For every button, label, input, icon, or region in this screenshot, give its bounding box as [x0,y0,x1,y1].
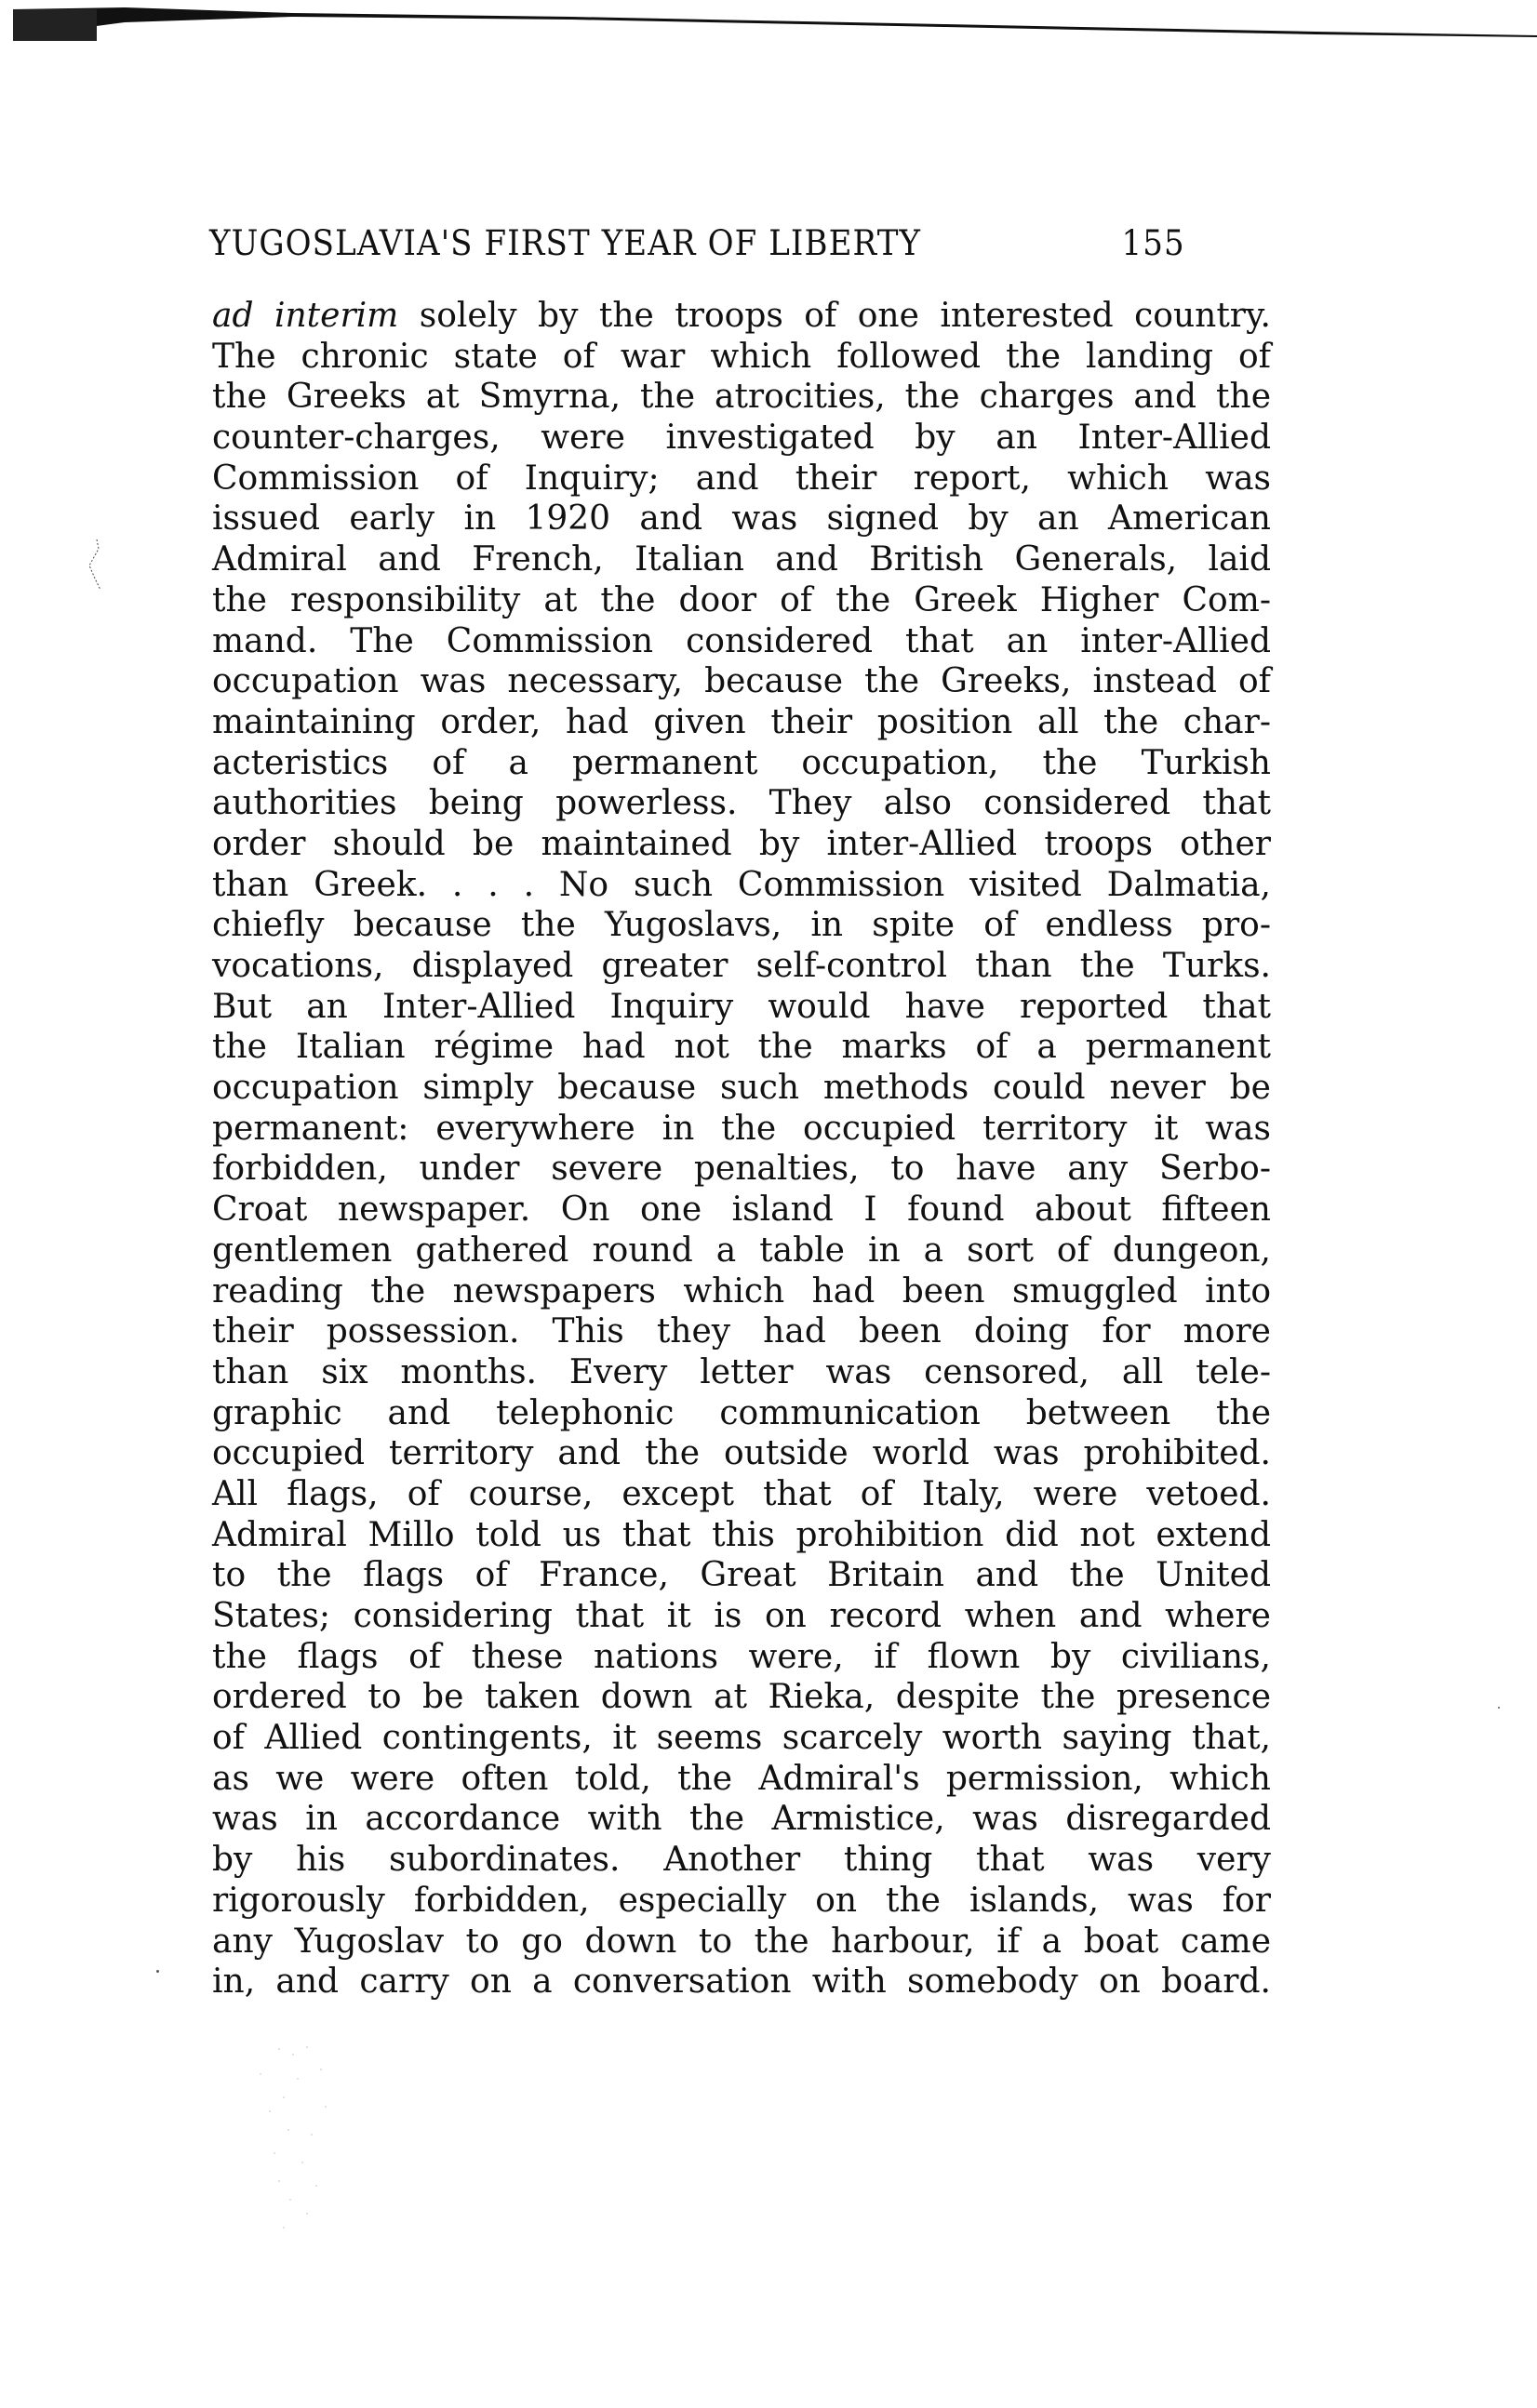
text-line: occupation simply because such methods c… [212,1068,1271,1109]
text-line: But an Inter-Allied Inquiry would have r… [212,987,1271,1028]
text-line: the flags of these nations were, if flow… [212,1637,1271,1678]
text-line: mand. The Commission considered that an … [212,621,1271,662]
text-line: rigorously forbidden, especially on the … [212,1881,1271,1922]
text-line: Commission of Inquiry; and their report,… [212,459,1271,499]
text-line: graphic and telephonic communication bet… [212,1393,1271,1434]
text-line: in, and carry on a conversation with som… [212,1962,1271,2002]
text-line: by his subordinates. Another thing that … [212,1840,1271,1881]
text-line: counter-charges, were investigated by an… [212,418,1271,459]
margin-bracket-mark [86,538,104,593]
text-line: ad interim solely by the troops of one i… [212,296,1271,337]
text-line: than six months. Every letter was censor… [212,1352,1271,1393]
text-line: Admiral and French, Italian and British … [212,539,1271,580]
text-line: issued early in 1920 and was signed by a… [212,499,1271,539]
running-head: YUGOSLAVIA'S FIRST YEAR OF LIBERTY 155 [209,223,1185,270]
text-line: maintaining order, had given their posit… [212,702,1271,743]
text-line: authorities being powerless. They also c… [212,783,1271,824]
text-line: chiefly because the Yugoslavs, in spite … [212,905,1271,946]
text-line: of Allied contingents, it seems scarcely… [212,1718,1271,1759]
margin-dot [1498,1707,1500,1709]
text-line: reading the newspapers which had been sm… [212,1271,1271,1312]
scan-edge-shadow [13,7,1537,45]
text-line: forbidden, under severe penalties, to ha… [212,1149,1271,1190]
text-line: than Greek. . . . No such Commission vis… [212,865,1271,906]
text-line: occupied territory and the outside world… [212,1433,1271,1474]
text-line: Admiral Millo told us that this prohibit… [212,1515,1271,1556]
text-line: their possession. This they had been doi… [212,1311,1271,1352]
margin-dot [156,1970,159,1973]
text-line: ordered to be taken down at Rieka, despi… [212,1677,1271,1718]
text-line: the responsibility at the door of the Gr… [212,580,1271,621]
text-line: All flags, of course, except that of Ita… [212,1474,1271,1515]
text-line: Croat newspaper. On one island I found a… [212,1190,1271,1231]
text-line: States; considering that it is on record… [212,1596,1271,1637]
text-line: acteristics of a permanent occupation, t… [212,743,1271,784]
text-line: vocations, displayed greater self-contro… [212,946,1271,987]
book-page: YUGOSLAVIA'S FIRST YEAR OF LIBERTY 155 a… [0,0,1537,2408]
text-line: the Greeks at Smyrna, the atrocities, th… [212,377,1271,418]
text-line: permanent: everywhere in the occupied te… [212,1109,1271,1150]
text-line: was in accordance with the Armistice, wa… [212,1799,1271,1840]
italic-phrase: ad interim [212,297,398,335]
text-line: any Yugoslav to go down to the harbour, … [212,1922,1271,1962]
body-text: ad interim solely by the troops of one i… [212,296,1271,2002]
page-number: 155 [1122,223,1185,263]
text-line: occupation was necessary, because the Gr… [212,661,1271,702]
text-line: to the flags of France, Great Britain an… [212,1555,1271,1596]
text-line: order should be maintained by inter-Alli… [212,824,1271,865]
text-line: gentlemen gathered round a table in a so… [212,1231,1271,1271]
text-line: The chronic state of war which followed … [212,337,1271,378]
running-head-title: YUGOSLAVIA'S FIRST YEAR OF LIBERTY [209,223,921,263]
show-through-speckle [242,2042,372,2237]
text-line: the Italian régime had not the marks of … [212,1027,1271,1068]
text-line: as we were often told, the Admiral's per… [212,1759,1271,1800]
